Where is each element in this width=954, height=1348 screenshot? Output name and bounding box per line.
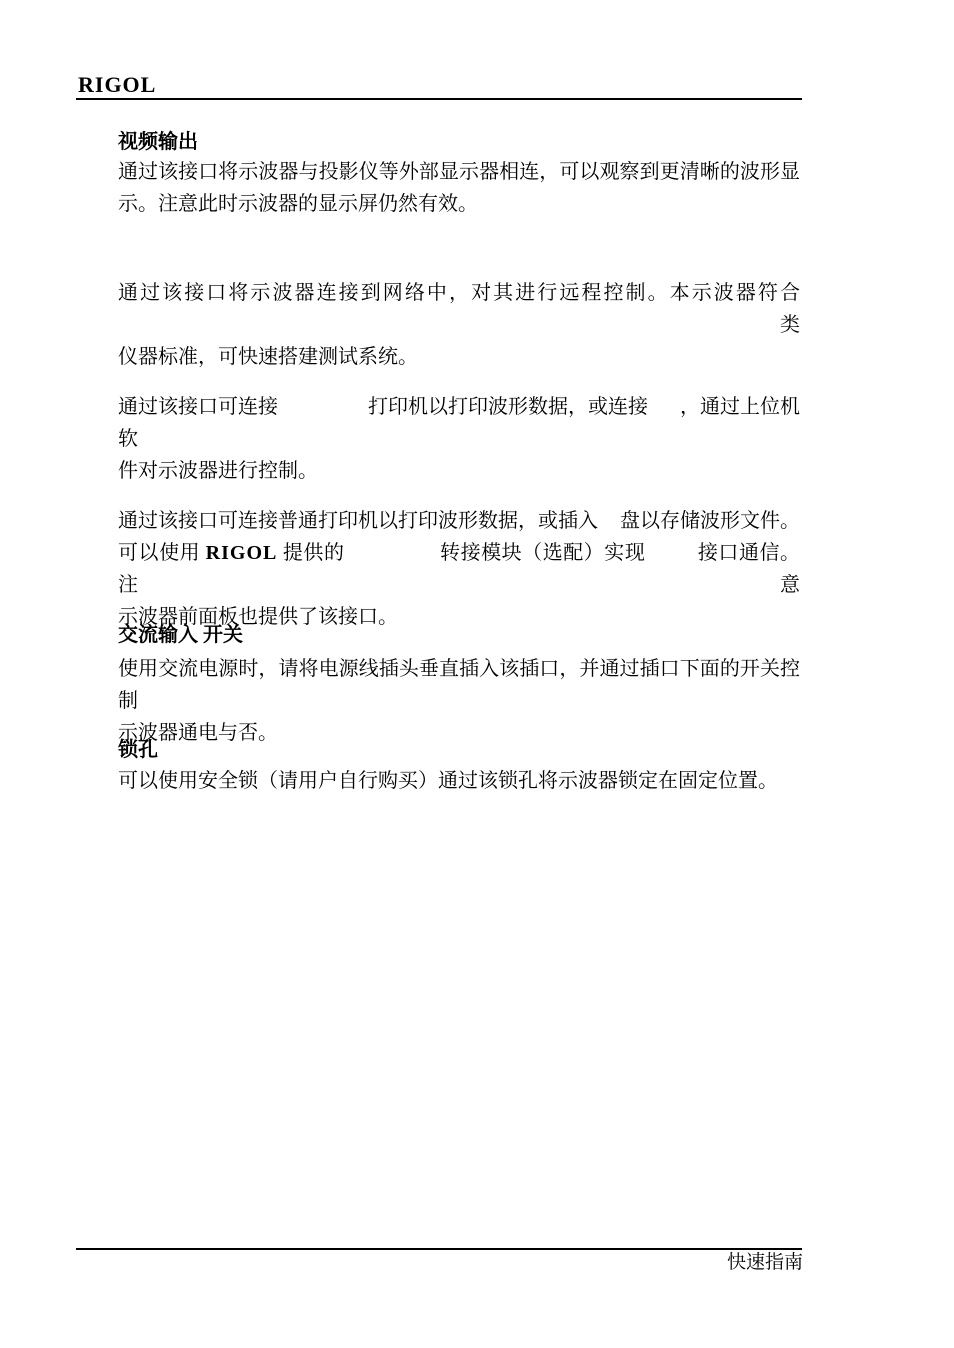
missing-text-gap [278,412,368,413]
section-heading: 视频输出 [118,129,800,155]
missing-text-gap [645,558,697,559]
missing-text-gap [345,558,440,559]
page-body: 视频输出通过该接口将示波器与投影仪等外部显示器相连，可以观察到更清晰的波形显示。… [118,0,800,1348]
text-segment: 打印机以打印波形数据，或连接 [368,396,648,418]
missing-text-gap [648,412,680,413]
text-segment: 通过该接口可连接 [118,396,278,418]
text-line: 可以使用 RIGOL 提供的转接模块（选配）实现接口通信。注意 [118,537,800,601]
text-line: 使用交流电源时，请将电源线插头垂直插入该插口，并通过插口下面的开关控制 [118,653,800,717]
text-line: 可以使用安全锁（请用户自行购买）通过该锁孔将示波器锁定在固定位置。 [118,765,800,797]
brand-name-inline: RIGOL [206,542,278,564]
text-segment: 可以使用安全锁（请用户自行购买）通过该锁孔将示波器锁定在固定位置。 [118,770,778,792]
text-segment: 使用交流电源时，请将电源线插头垂直插入该插口，并通过插口下面的开关控制 [118,658,800,712]
text-segment: 可以使用 [118,542,206,564]
text-line: 件对示波器进行控制。 [118,455,800,487]
paragraph: 通过该接口将示波器与投影仪等外部显示器相连，可以观察到更清晰的波形显示。注意此时… [118,156,800,220]
text-segment: 示。注意此时示波器的显示屏仍然有效。 [118,193,478,215]
document-page: RIGOL 视频输出通过该接口将示波器与投影仪等外部显示器相连，可以观察到更清晰… [0,0,954,1348]
text-segment: 转接模块（选配）实现 [440,542,646,564]
paragraph: 使用交流电源时，请将电源线插头垂直插入该插口，并通过插口下面的开关控制示波器通电… [118,653,800,749]
footer-rule [76,1248,802,1250]
text-segment: 提供的 [277,542,344,564]
text-segment: 盘以存储波形文件。 [620,510,800,532]
section-heading: 锁孔 [118,737,800,763]
text-segment: 通过该接口可连接普通打印机以打印波形数据，或插入 [118,510,598,532]
section-heading: 交流输入 开关 [118,622,800,648]
text-line: 仪器标准，可快速搭建测试系统。 [118,341,800,373]
footer-page-label: 快速指南 [727,1252,803,1274]
text-line: 通过该接口可连接打印机以打印波形数据，或连接，通过上位机软 [118,391,800,455]
text-segment: 通过该接口将示波器与投影仪等外部显示器相连，可以观察到更清晰的波形显 [118,161,800,183]
text-line: 通过该接口可连接普通打印机以打印波形数据，或插入盘以存储波形文件。 [118,505,800,537]
paragraph: 通过该接口可连接打印机以打印波形数据，或连接，通过上位机软件对示波器进行控制。 [118,391,800,487]
text-segment: 通过该接口将示波器连接到网络中，对其进行远程控制。本示波器符合 [118,282,800,304]
paragraph: 可以使用安全锁（请用户自行购买）通过该锁孔将示波器锁定在固定位置。 [118,765,800,797]
text-segment: 件对示波器进行控制。 [118,460,318,482]
paragraph: 通过该接口将示波器连接到网络中，对其进行远程控制。本示波器符合类仪器标准，可快速… [118,277,800,373]
text-line: 通过该接口将示波器与投影仪等外部显示器相连，可以观察到更清晰的波形显 [118,156,800,188]
missing-text-gap [118,330,208,331]
missing-text-gap [598,526,620,527]
text-segment: 仪器标准，可快速搭建测试系统。 [118,346,418,368]
paragraph: 通过该接口可连接普通打印机以打印波形数据，或插入盘以存储波形文件。可以使用 RI… [118,505,800,633]
text-line: 通过该接口将示波器连接到网络中，对其进行远程控制。本示波器符合类 [118,277,800,341]
text-segment: 类 [208,314,800,336]
text-line: 示。注意此时示波器的显示屏仍然有效。 [118,188,800,220]
